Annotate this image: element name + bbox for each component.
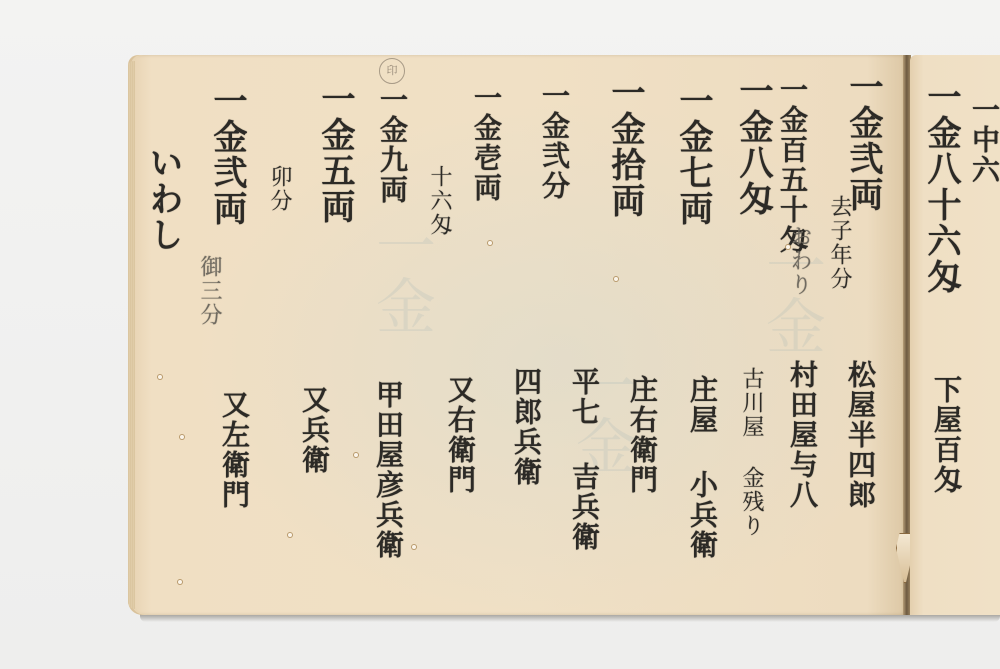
seal-stamp: 印 — [379, 58, 405, 84]
ledger-name-lower-11: 又左衛門 — [220, 390, 248, 510]
worm-hole — [614, 277, 618, 281]
ledger-name-lower-2: 村田屋与八 — [788, 360, 816, 510]
right-page-entry-upper-1: 一金八十六匁 — [924, 79, 958, 295]
seal-glyph: 印 — [380, 59, 404, 83]
open-book: 一金 一金 一金 印 一金弐両 去子年分 一金百五十匁 おわり 一金八匁 一金七… — [128, 55, 1000, 615]
worm-hole — [288, 533, 292, 537]
ledger-entry-upper-6: 一金弐分 — [540, 81, 568, 201]
ledger-entry-upper-11: いわし — [146, 145, 180, 253]
ledger-annotation-upper-7: 十六匁 — [428, 165, 450, 237]
right-page-entry-upper-2: 一中六 — [970, 95, 998, 185]
ledger-entry-upper-8: 一金九両 — [378, 85, 406, 205]
ledger-name-lower-8: 又右衛門 — [446, 375, 474, 495]
ledger-annotation-upper-10: 御三分 — [198, 255, 220, 327]
ledger-name-lower-9: 甲田屋彦兵衛 — [374, 380, 402, 560]
ledger-entry-upper-9: 一金五両 — [318, 81, 352, 225]
page-edge-stack — [128, 61, 135, 609]
ledger-entry-upper-1: 一金弐両 — [846, 69, 880, 213]
ledger-annotation-upper-1: 去子年分 — [828, 195, 850, 291]
ledger-annotation-upper-2: おわり — [788, 225, 810, 297]
ledger-entry-upper-3: 一金八匁 — [736, 73, 770, 217]
worm-hole — [412, 545, 416, 549]
worm-hole — [178, 580, 182, 584]
ledger-annotation-upper-9: 卯分 — [268, 165, 290, 213]
ledger-name-lower-1: 松屋半四郎 — [846, 360, 874, 510]
ledger-entry-upper-10: 一金弐両 — [210, 83, 244, 227]
worm-hole — [158, 375, 162, 379]
ledger-name-lower-4: 庄屋 小兵衛 — [688, 375, 716, 560]
worm-hole — [180, 435, 184, 439]
ledger-name-lower-5: 庄右衛門 — [628, 375, 656, 495]
right-page-name-lower-1: 下屋百匁 — [932, 375, 960, 495]
ledger-name-lower-10: 又兵衛 — [300, 385, 328, 475]
ledger-name-lower-6: 平七 吉兵衛 — [570, 367, 598, 552]
right-page: 一金八十六匁 一中六 下屋百匁 — [910, 55, 1000, 615]
left-page: 一金 一金 一金 印 一金弐両 去子年分 一金百五十匁 おわり 一金八匁 一金七… — [128, 55, 906, 615]
worm-hole — [488, 241, 492, 245]
ledger-entry-upper-4: 一金七両 — [676, 83, 710, 227]
ledger-name-lower-7: 四郎兵衛 — [512, 367, 540, 487]
worm-hole — [786, 245, 790, 249]
ledger-name-lower-3: 古川屋 金残り — [740, 367, 762, 538]
ledger-entry-upper-7: 一金壱両 — [472, 83, 500, 203]
ledger-entry-upper-5: 一金拾両 — [608, 75, 642, 219]
worm-hole — [354, 453, 358, 457]
